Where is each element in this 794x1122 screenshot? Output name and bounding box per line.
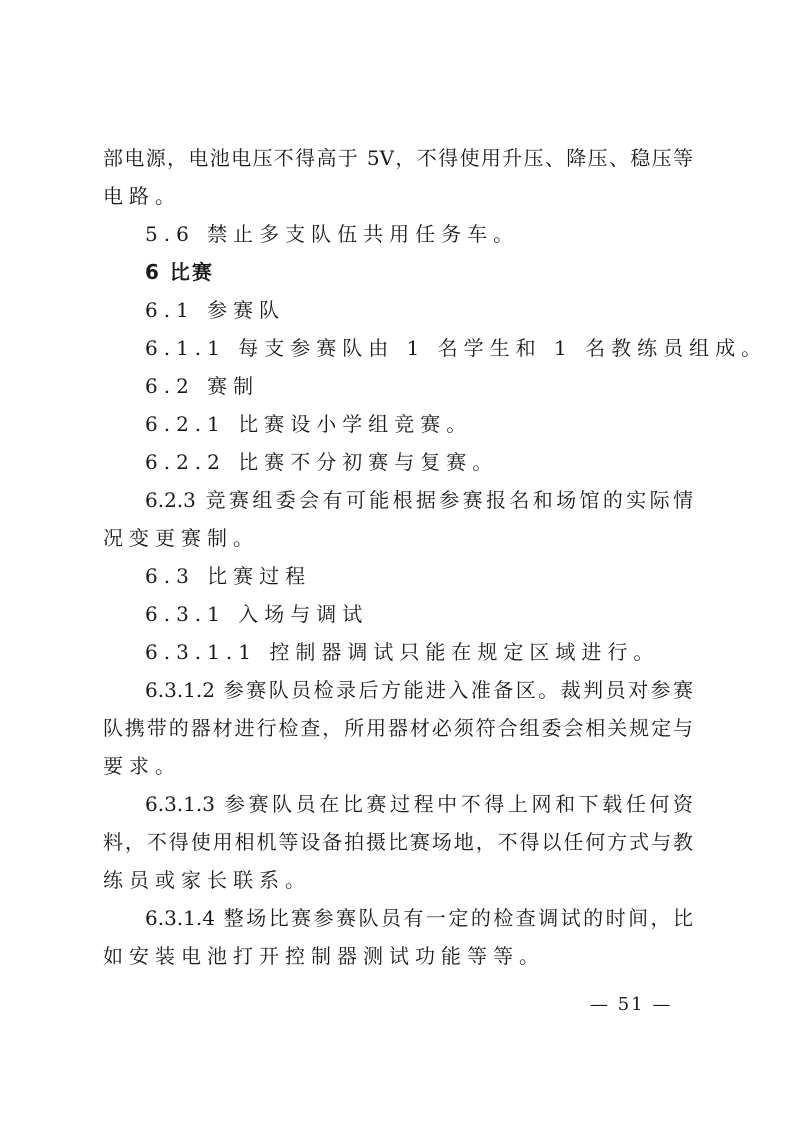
section-6-1: 6.1 参赛队 <box>145 295 693 325</box>
section-6-3-1-2: 6.3.1.2 参赛队员检录后方能进入准备区。裁判员对参赛 <box>145 675 693 705</box>
section-6-3-1-1: 6.3.1.1 控制器调试只能在规定区域进行。 <box>145 637 693 667</box>
paragraph-line: 部电源，电池电压不得高于 5V，不得使用升压、降压、稳压等 <box>103 143 693 173</box>
paragraph-line: 料，不得使用相机等设备拍摄比赛场地，不得以任何方式与教 <box>103 827 693 857</box>
section-6-2-2: 6.2.2 比赛不分初赛与复赛。 <box>145 447 693 477</box>
section-6-2: 6.2 赛制 <box>145 371 693 401</box>
paragraph-line: 如安装电池打开控制器测试功能等等。 <box>103 941 693 971</box>
paragraph-line: 练员或家长联系。 <box>103 865 693 895</box>
section-6-3: 6.3 比赛过程 <box>145 561 693 591</box>
section-6-3-1-4: 6.3.1.4 整场比赛参赛队员有一定的检查调试的时间，比 <box>145 903 693 933</box>
section-6-3-1-3: 6.3.1.3 参赛队员在比赛过程中不得上网和下载任何资 <box>145 789 693 819</box>
paragraph-line: 要求。 <box>103 751 693 781</box>
section-5-6: 5.6 禁止多支队伍共用任务车。 <box>145 219 693 249</box>
section-6-3-1: 6.3.1 入场与调试 <box>145 599 693 629</box>
page-number: — 51 — <box>590 993 672 1017</box>
section-6-2-3: 6.2.3 竞赛组委会有可能根据参赛报名和场馆的实际情 <box>145 485 693 515</box>
section-heading-6: 6 比赛 <box>145 257 693 287</box>
section-6-1-1: 6.1.1 每支参赛队由 1 名学生和 1 名教练员组成。 <box>145 333 693 363</box>
paragraph-line: 队携带的器材进行检查，所用器材必须符合组委会相关规定与 <box>103 713 693 743</box>
paragraph-line: 电路。 <box>103 181 693 211</box>
document-page: 部电源，电池电压不得高于 5V，不得使用升压、降压、稳压等 电路。 5.6 禁止… <box>0 0 794 1122</box>
section-6-2-1: 6.2.1 比赛设小学组竞赛。 <box>145 409 693 439</box>
paragraph-line: 况变更赛制。 <box>103 523 693 553</box>
